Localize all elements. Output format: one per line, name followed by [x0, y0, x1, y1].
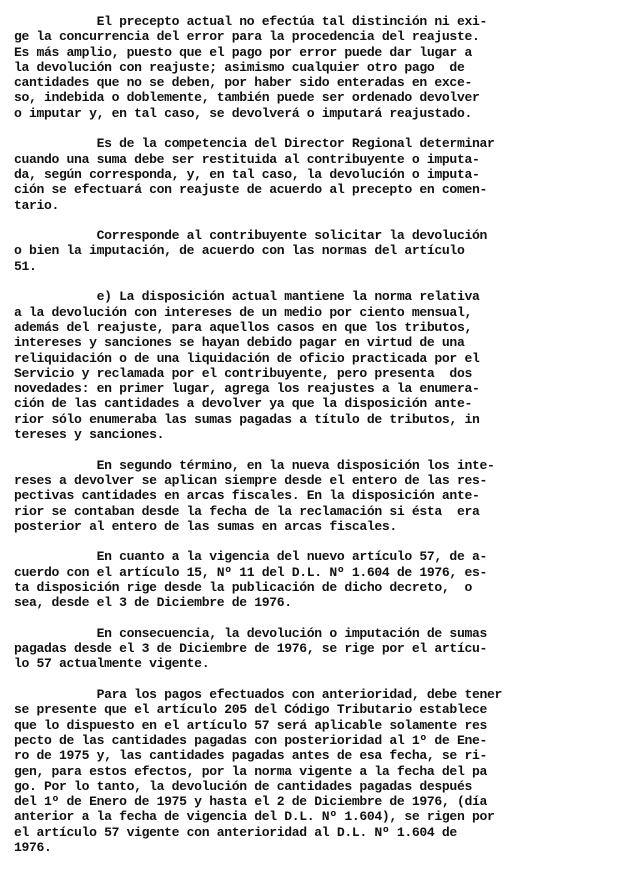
text-line: so, indebida o doblemente, también puede…	[14, 90, 626, 105]
paragraph-solicitud: Corresponde al contribuyente solicitar l…	[14, 228, 626, 274]
text-line: pecto de las cantidades pagadas con post…	[14, 733, 626, 748]
text-line: Servicio y reclamada por el contribuyent…	[14, 366, 626, 381]
text-line: a la devolución con intereses de un medi…	[14, 305, 626, 320]
text-line: ción se efectuará con reajuste de acuerd…	[14, 182, 626, 197]
paragraph-vigencia: En cuanto a la vigencia del nuevo artícu…	[14, 549, 626, 610]
text-line: sea, desde el 3 de Diciembre de 1976.	[14, 595, 626, 610]
paragraph-e-disposicion: e) La disposición actual mantiene la nor…	[14, 289, 626, 442]
paragraph-segundo-termino: En segundo término, en la nueva disposic…	[14, 458, 626, 534]
text-line: 1976.	[14, 840, 626, 855]
text-line: Corresponde al contribuyente solicitar l…	[14, 228, 626, 243]
text-line: anterior a la fecha de vigencia del D.L.…	[14, 809, 626, 824]
text-line: En cuanto a la vigencia del nuevo artícu…	[14, 549, 626, 564]
paragraph-consecuencia: En consecuencia, la devolución o imputac…	[14, 626, 626, 672]
text-line: cuerdo con el artículo 15, Nº 11 del D.L…	[14, 565, 626, 580]
text-line: lo 57 actualmente vigente.	[14, 656, 626, 671]
text-line: o bien la imputación, de acuerdo con las…	[14, 243, 626, 258]
text-line: del 1º de Enero de 1975 y hasta el 2 de …	[14, 794, 626, 809]
text-line: la devolución con reajuste; asimismo cua…	[14, 60, 626, 75]
text-line: novedades: en primer lugar, agrega los r…	[14, 381, 626, 396]
paragraph-competencia: Es de la competencia del Director Region…	[14, 136, 626, 212]
text-line: pectivas cantidades en arcas fiscales. E…	[14, 488, 626, 503]
text-line: o imputar y, en tal caso, se devolverá o…	[14, 106, 626, 121]
text-line: posterior al entero de las sumas en arca…	[14, 519, 626, 534]
paragraph-pagos-anteriores: Para los pagos efectuados con anteriorid…	[14, 687, 626, 855]
text-line: tario.	[14, 198, 626, 213]
text-line: ta disposición rige desde la publicación…	[14, 580, 626, 595]
text-line: gen, para estos efectos, por la norma vi…	[14, 764, 626, 779]
document-page: El precepto actual no efectúa tal distin…	[14, 14, 626, 871]
text-line: cuando una suma debe ser restituida al c…	[14, 152, 626, 167]
text-line: cantidades que no se deben, por haber si…	[14, 75, 626, 90]
text-line: go. Por lo tanto, la devolución de canti…	[14, 779, 626, 794]
text-line: Es más amplio, puesto que el pago por er…	[14, 45, 626, 60]
text-line: ro de 1975 y, las cantidades pagadas ant…	[14, 748, 626, 763]
text-line: además del reajuste, para aquellos casos…	[14, 320, 626, 335]
text-line: 51.	[14, 259, 626, 274]
text-line: se presente que el artículo 205 del Códi…	[14, 702, 626, 717]
text-line: e) La disposición actual mantiene la nor…	[14, 289, 626, 304]
text-line: que lo dispuesto en el artículo 57 será …	[14, 718, 626, 733]
text-line: rior se contaban desde la fecha de la re…	[14, 504, 626, 519]
text-line: rior sólo enumeraba las sumas pagadas a …	[14, 412, 626, 427]
text-line: Es de la competencia del Director Region…	[14, 136, 626, 151]
text-line: pagadas desde el 3 de Diciembre de 1976,…	[14, 641, 626, 656]
text-line: el artículo 57 vigente con anterioridad …	[14, 825, 626, 840]
text-line: intereses y sanciones se hayan debido pa…	[14, 335, 626, 350]
text-line: da, según corresponda, y, en tal caso, l…	[14, 167, 626, 182]
text-line: ción de las cantidades a devolver ya que…	[14, 396, 626, 411]
text-line: En segundo término, en la nueva disposic…	[14, 458, 626, 473]
text-line: tereses y sanciones.	[14, 427, 626, 442]
paragraph-precepto: El precepto actual no efectúa tal distin…	[14, 14, 626, 121]
text-line: En consecuencia, la devolución o imputac…	[14, 626, 626, 641]
text-line: Para los pagos efectuados con anteriorid…	[14, 687, 626, 702]
text-line: reses a devolver se aplican siempre desd…	[14, 473, 626, 488]
text-line: El precepto actual no efectúa tal distin…	[14, 14, 626, 29]
text-line: ge la concurrencia del error para la pro…	[14, 29, 626, 44]
text-line: reliquidación o de una liquidación de of…	[14, 351, 626, 366]
